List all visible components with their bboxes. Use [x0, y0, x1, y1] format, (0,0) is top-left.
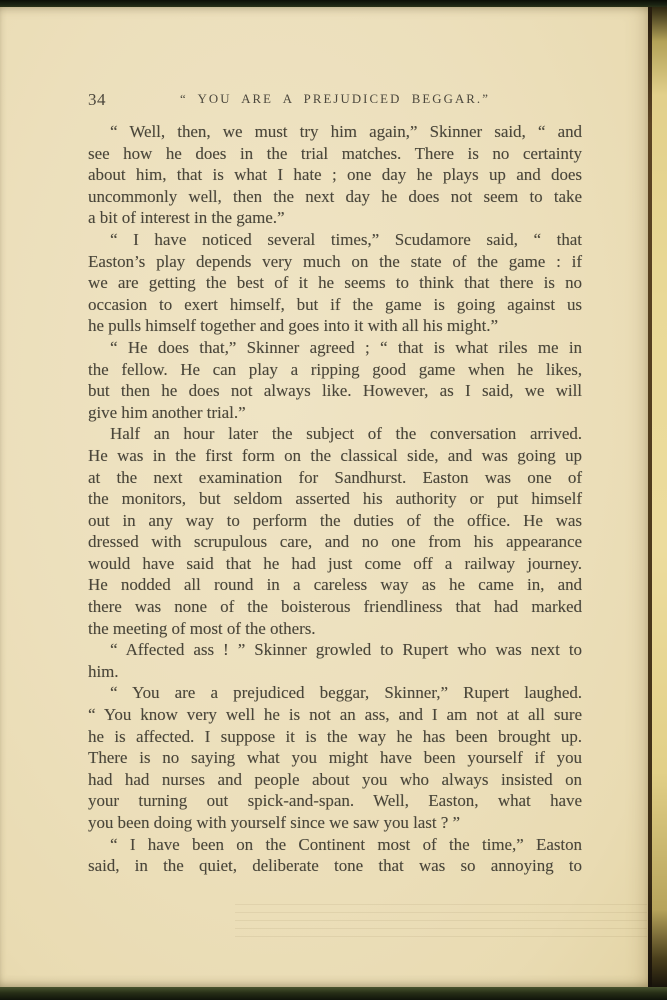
text-line: “ I have noticed several times,” Scudamo… [88, 229, 582, 251]
cover-edge-top [0, 0, 667, 7]
text-line: give him another trial.” [88, 402, 582, 424]
text-line: you been doing with yourself since we sa… [88, 812, 582, 834]
paragraph: Half an hour later the subject of the co… [88, 423, 582, 639]
text-line: see how he does in the trial matches. Th… [88, 143, 582, 165]
text-line: “ You know very well he is not an ass, a… [88, 704, 582, 726]
text-line: “ Well, then, we must try him again,” Sk… [88, 121, 582, 143]
book-page-scan: 34 “ YOU ARE A PREJUDICED BEGGAR.” “ Wel… [0, 0, 667, 1000]
text-line: “ I have been on the Continent most of t… [88, 834, 582, 856]
text-line: dressed with scrupulous care, and no one… [88, 531, 582, 553]
paragraph: “ He does that,” Skinner agreed ; “ that… [88, 337, 582, 423]
text-line: He nodded all round in a careless way as… [88, 574, 582, 596]
text-line: would have said that he had just come of… [88, 553, 582, 575]
page-header: 34 “ YOU ARE A PREJUDICED BEGGAR.” [88, 89, 582, 113]
paragraph: “ I have noticed several times,” Scudamo… [88, 229, 582, 337]
text-line: “ Affected ass ! ” Skinner growled to Ru… [88, 639, 582, 661]
text-line: “ He does that,” Skinner agreed ; “ that… [88, 337, 582, 359]
text-line: out in any way to perform the duties of … [88, 510, 582, 532]
paragraph: “ You are a prejudiced beggar, Skinner,”… [88, 682, 582, 833]
text-line: he pulls himself together and goes into … [88, 315, 582, 337]
paragraph: “ I have been on the Continent most of t… [88, 834, 582, 877]
cover-edge-bottom [0, 987, 667, 1000]
text-line: occasion to exert himself, but if the ga… [88, 294, 582, 316]
text-line: but then he does not always like. Howeve… [88, 380, 582, 402]
text-line: Easton’s play depends very much on the s… [88, 251, 582, 273]
text-line: the monitors, but seldom asserted his au… [88, 488, 582, 510]
text-line: said, in the quiet, deliberate tone that… [88, 855, 582, 877]
text-line: at the next examination for Sandhurst. E… [88, 467, 582, 489]
text-line: him. [88, 661, 582, 683]
text-line: he is affected. I suppose it is the way … [88, 726, 582, 748]
paragraph: “ Well, then, we must try him again,” Sk… [88, 121, 582, 229]
page-edge-streaks [235, 897, 647, 943]
text-line: uncommonly well, then the next day he do… [88, 186, 582, 208]
paragraph: “ Affected ass ! ” Skinner growled to Ru… [88, 639, 582, 682]
text-line: the meeting of most of the others. [88, 618, 582, 640]
text-line: there was none of the boisterous friendl… [88, 596, 582, 618]
text-line: your turning out spick-and-span. Well, E… [88, 790, 582, 812]
text-line: we are getting the best of it he seems t… [88, 272, 582, 294]
next-page-edge [652, 7, 667, 988]
text-line: He was in the first form on the classica… [88, 445, 582, 467]
text-line: a bit of interest in the game.” [88, 207, 582, 229]
text-line: There is no saying what you might have b… [88, 747, 582, 769]
page: 34 “ YOU ARE A PREJUDICED BEGGAR.” “ Wel… [0, 7, 650, 988]
text-line: had had nurses and people about you who … [88, 769, 582, 791]
text-line: the fellow. He can play a ripping good g… [88, 359, 582, 381]
text-line: “ You are a prejudiced beggar, Skinner,”… [88, 682, 582, 704]
page-number: 34 [88, 90, 106, 110]
text-line: Half an hour later the subject of the co… [88, 423, 582, 445]
text-line: about him, that is what I hate ; one day… [88, 164, 582, 186]
body-text: “ Well, then, we must try him again,” Sk… [88, 121, 582, 877]
running-header: “ YOU ARE A PREJUDICED BEGGAR.” [88, 89, 582, 107]
